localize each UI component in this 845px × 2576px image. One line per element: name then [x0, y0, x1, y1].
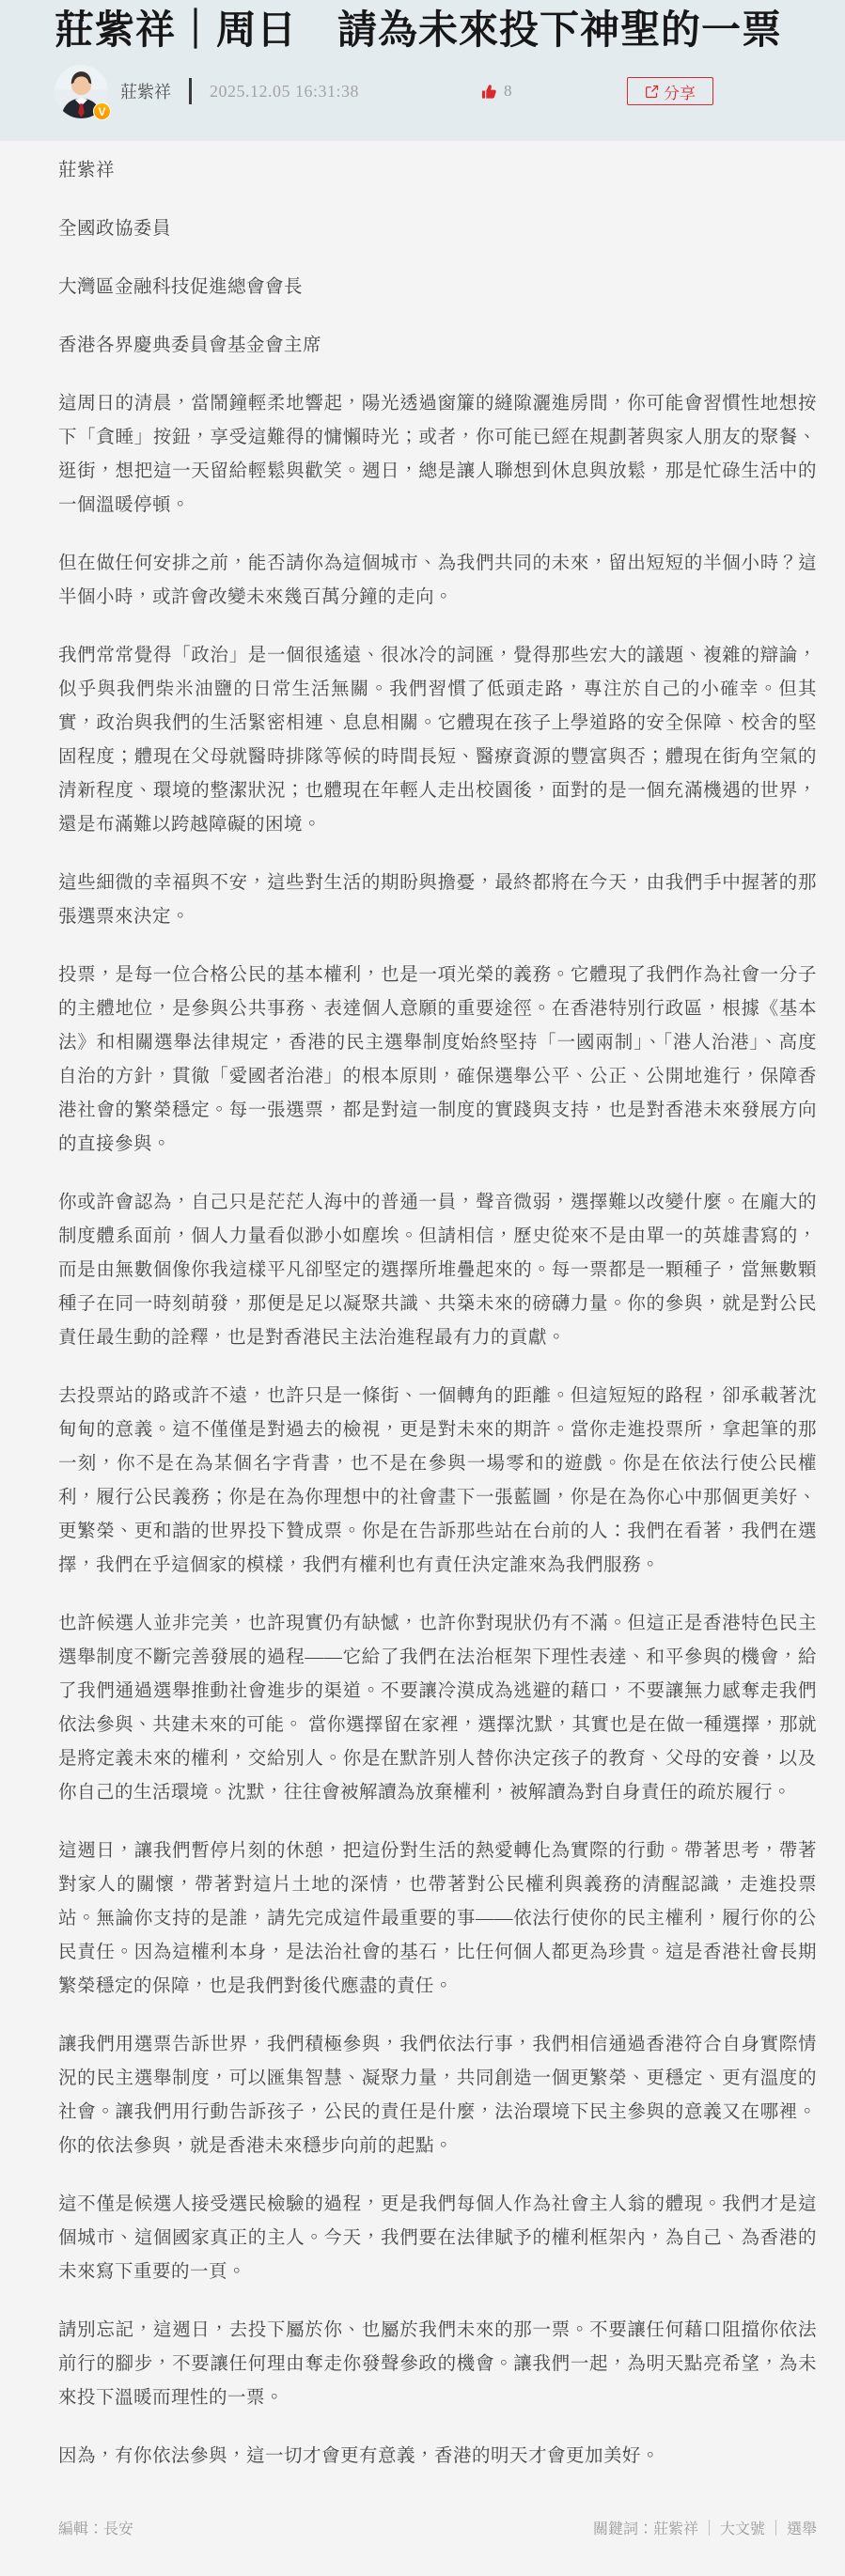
article-body: 莊紫祥全國政協委員大灣區金融科技促進總會會長香港各界慶典委員會基金會主席這周日的…	[0, 141, 845, 2498]
article-paragraph: 因為，有你依法參與，這一切才會更有意義，香港的明天才會更加美好。	[58, 2440, 817, 2474]
author-avatar[interactable]: V	[55, 65, 108, 118]
author-row: V 莊紫祥 2025.12.05 16:31:38 8 分享	[55, 65, 817, 118]
article-footer: 編輯：長安 關鍵詞： 莊紫祥大文號選舉	[0, 2511, 845, 2576]
article-paragraph: 投票，是每一位合格公民的基本權利，也是一項光榮的義務。它體現了我們作為社會一分子…	[58, 959, 817, 1162]
publish-time: 2025.12.05 16:31:38	[210, 82, 359, 101]
article-paragraph: 莊紫祥	[58, 154, 817, 188]
share-label: 分享	[664, 80, 696, 103]
article-paragraph: 這週日，讓我們暫停片刻的休憩，把這份對生活的熱愛轉化為實際的行動。帶著思考，帶著…	[58, 1834, 817, 2004]
keyword-link[interactable]: 選舉	[787, 2517, 817, 2538]
author-date-divider	[189, 78, 192, 104]
article-paragraph: 也許候選人並非完美，也許現實仍有缺憾，也許你對現狀仍有不滿。但這正是香港特色民主…	[58, 1607, 817, 1810]
article-paragraph: 請別忘記，這週日，去投下屬於你、也屬於我們未來的那一票。不要讓任何藉口阻擋你依法…	[58, 2314, 817, 2415]
article-paragraph: 我們常常覺得「政治」是一個很遙遠、很冰冷的詞匯，覺得那些宏大的議題、複雜的辯論，…	[58, 639, 817, 842]
editor-credit: 編輯：長安	[58, 2517, 133, 2538]
keyword-link[interactable]: 莊紫祥	[653, 2517, 698, 2538]
article-paragraph: 這不僅是候選人接受選民檢驗的過程，更是我們每個人作為社會主人翁的體現。我們才是這…	[58, 2188, 817, 2289]
keyword-divider	[709, 2520, 710, 2536]
thumb-up-icon[interactable]	[481, 84, 497, 100]
article-header: 莊紫祥｜周日 請為未來投下神聖的一票 V 莊紫	[0, 0, 845, 141]
article-paragraph: 大灣區金融科技促進總會會長	[58, 271, 817, 304]
share-icon	[645, 85, 659, 99]
author-name[interactable]: 莊紫祥	[120, 79, 171, 103]
article-paragraph: 讓我們用選票告訴世界，我們積極參與，我們依法行事，我們相信通過香港符合自身實際情…	[58, 2028, 817, 2163]
article-paragraph: 去投票站的路或許不遠，也許只是一條街、一個轉角的距離。但這短短的路程，卻承載著沈…	[58, 1380, 817, 1583]
article-paragraph: 但在做任何安排之前，能否請你為這個城市、為我們共同的未來，留出短短的半個小時？這…	[58, 547, 817, 615]
keywords-group: 關鍵詞： 莊紫祥大文號選舉	[593, 2517, 817, 2538]
article-paragraph: 你或許會認為，自己只是茫茫人海中的普通一員，聲音微弱，選擇難以改變什麼。在龐大的…	[58, 1186, 817, 1355]
article-paragraph: 這周日的清晨，當鬧鐘輕柔地響起，陽光透過窗簾的縫隙灑進房間，你可能會習慣性地想按…	[58, 387, 817, 523]
article-paragraph: 這些細微的幸福與不安，這些對生活的期盼與擔憂，最終都將在今天，由我們手中握著的那…	[58, 866, 817, 934]
keyword-link[interactable]: 大文號	[720, 2517, 765, 2538]
keywords-label: 關鍵詞：	[593, 2517, 653, 2538]
share-button[interactable]: 分享	[627, 77, 713, 105]
keyword-divider	[775, 2520, 776, 2536]
article-paragraph: 香港各界慶典委員會基金會主席	[58, 329, 817, 363]
like-count: 8	[504, 82, 512, 101]
article-paragraph: 全國政協委員	[58, 212, 817, 246]
page-title: 莊紫祥｜周日 請為未來投下神聖的一票	[55, 6, 817, 57]
article-page: 莊紫祥｜周日 請為未來投下神聖的一票 V 莊紫	[0, 0, 845, 2576]
keyword-list: 莊紫祥大文號選舉	[653, 2517, 817, 2538]
verified-badge: V	[93, 102, 111, 120]
like-group: 8	[481, 82, 512, 101]
